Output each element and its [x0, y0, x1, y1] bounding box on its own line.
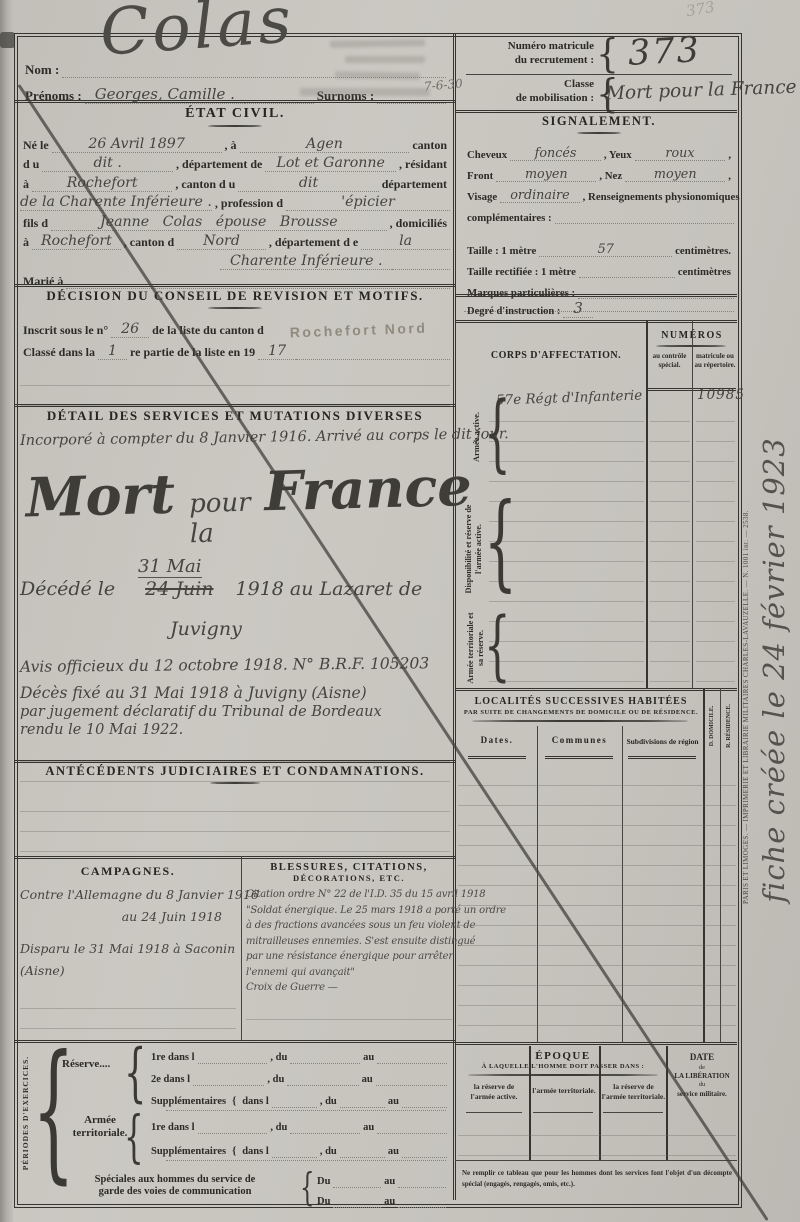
segment-h: roux	[635, 147, 726, 161]
brace-glyph: {	[484, 494, 517, 590]
segment-h: Jeanne Colas épouse Brousse	[51, 215, 387, 231]
epoque-body	[458, 1116, 736, 1160]
segment-hf: 26	[111, 322, 149, 338]
avis-line: Avis officieux du 12 octobre 1918. N° B.…	[20, 654, 450, 676]
segment-p: Inscrit sous le n°	[20, 324, 111, 338]
corps-top-rule	[455, 320, 737, 323]
segment-d	[296, 359, 450, 360]
segment-h: Nord	[177, 234, 266, 250]
segment-p: de la liste du canton d	[149, 324, 267, 338]
armee-active-label: Armée active.	[466, 394, 486, 480]
segment-p: à	[20, 178, 32, 192]
segment-p: , canton d	[121, 236, 177, 250]
blessures-title-line2: DÉCORATIONS, ETC.	[246, 873, 452, 883]
signalement-title: SIGNALEMENT.	[464, 114, 734, 129]
segment-h: 26 Avril 1897	[52, 137, 222, 153]
blessures-lines: Citation ordre N° 22 de l'I.D. 35 du 15 …	[246, 889, 452, 998]
classe-label: Classe de mobilisation :	[466, 78, 594, 106]
printer-imprint: PARIS ET LIMOGES. — IMPRIMERIE ET LIBRAI…	[740, 362, 751, 1052]
form-row: àRochefort, canton dNord, département d …	[20, 231, 450, 251]
brace-glyph: {	[300, 1170, 315, 1205]
corps-col-divider	[646, 320, 648, 688]
segment-h: dit	[238, 176, 378, 192]
brace-glyph: {	[596, 36, 619, 72]
segment-hf: 17	[258, 344, 296, 360]
segment-p: , Yeux	[601, 149, 635, 161]
filler	[245, 103, 314, 104]
segment-p: 1re dans l	[148, 1052, 198, 1064]
segment-d	[333, 1187, 381, 1188]
segment-p: à	[20, 236, 32, 250]
corps-subcol-divider	[692, 320, 693, 688]
segment-d	[198, 1063, 268, 1064]
epoque-flourish	[468, 1074, 658, 1076]
scan-mark-topleft	[0, 32, 15, 48]
mort-word: Mort	[25, 462, 176, 530]
deces-line3: rendu le 10 Mai 1922.	[20, 722, 450, 738]
surnoms-blank	[377, 103, 446, 104]
section-blessures: BLESSURES, CITATIONS, DÉCORATIONS, ETC. …	[246, 862, 452, 1030]
territoriale-reserve-label: Armée territoriale et sa réserve.	[463, 610, 489, 686]
text-line: à des fractions avancées sous un feu vio…	[246, 920, 452, 936]
form-row: Duau	[314, 1192, 446, 1208]
segment-h: Rochefort	[32, 176, 172, 192]
section-decision: DÉCISION DU CONSEIL DE REVISION ET MOTIF…	[20, 288, 450, 422]
epoque-header-underline	[603, 1112, 663, 1113]
text-line: au 24 Juin 1918	[20, 909, 236, 931]
date-word: DATE	[668, 1052, 736, 1064]
segment-d	[193, 1085, 264, 1086]
scanned-military-record: Colas Nom : Prénoms : Georges, Camille .…	[0, 0, 800, 1222]
segment-p: Taille rectifiée : 1 mètre	[464, 266, 579, 278]
segment-p: au	[360, 1052, 377, 1064]
segment-h: Lot et Garonne	[265, 156, 396, 172]
empty-ruled-area	[246, 1000, 452, 1030]
segment-p: au	[381, 1196, 398, 1208]
de-word: de	[668, 1064, 736, 1072]
disponibilite-label: Disponibilité et réserve de l'armée acti…	[461, 492, 487, 606]
speciales-label-line2: garde des voies de communication	[50, 1186, 300, 1198]
reserve-label: Réserve....	[62, 1058, 110, 1070]
section-rule	[14, 404, 455, 407]
corps-header: CORPS D'AFFECTATION.	[470, 350, 642, 361]
segment-d	[290, 1063, 360, 1064]
form-row: 2e dans l, duau	[148, 1068, 447, 1086]
communes-header: Communes	[537, 735, 622, 745]
matricule-bottom-rule	[455, 110, 737, 113]
campagnes-blessures-divider	[241, 856, 242, 1040]
segment-d	[579, 277, 675, 278]
segment-p: ,	[725, 149, 734, 161]
section-rule	[14, 1040, 455, 1043]
segment-d	[392, 269, 450, 270]
antecedents-title: ANTÉCÉDENTS JUDICIAIRES ET CONDAMNATIONS…	[20, 764, 450, 779]
deces-line1: Décès fixé au 31 Mai 1918 à Juvigny (Ais…	[20, 684, 450, 702]
segment-p: , domiciliés	[387, 217, 450, 231]
epoque-col3-header: la réserve de l'armée territoriale.	[601, 1082, 666, 1102]
segment-p: Taille : 1 mètre	[464, 245, 539, 257]
service-militaire-word: service militaire.	[668, 1090, 736, 1099]
segment-p: , résidant	[396, 158, 450, 172]
text-line: (Aisne)	[20, 963, 236, 985]
controle-subheader: au contrôle spécial.	[648, 352, 691, 371]
segment-d	[290, 1133, 360, 1134]
scan-edge-left	[0, 0, 13, 1222]
header-underline	[545, 756, 613, 759]
form-row: de la Charente Inférieure ., profession …	[20, 192, 450, 212]
corps-ruled-col2	[650, 402, 690, 686]
corner-pencil-number: 373	[685, 0, 716, 20]
segment-p: , à	[222, 139, 240, 153]
segment-h: moyen	[496, 168, 596, 182]
form-row: Cheveuxfoncés, Yeuxroux,	[464, 140, 734, 161]
mort-pour-la-france: Mort pour la France	[25, 454, 451, 553]
continuation-line	[166, 1144, 446, 1161]
pour-la-words: pour la	[189, 488, 252, 550]
form-row: Classé dans la1re partie de la liste en …	[20, 338, 450, 360]
localites-body	[458, 766, 736, 1040]
form-row: d udit ., département deLot et Garonne, …	[20, 153, 450, 173]
liberation-word: LA LIBÉRATION	[668, 1072, 736, 1081]
liberation-date-header: DATE de LA LIBÉRATION du service militai…	[668, 1052, 736, 1099]
localites-title: LOCALITÉS SUCCESSIVES HABITÉES	[460, 696, 702, 707]
segment-p: département	[379, 178, 450, 192]
segment-p: canton	[409, 139, 450, 153]
etat-civil-title: ÉTAT CIVIL.	[20, 106, 450, 122]
text-line: par une résistance énergique pour arrête…	[246, 951, 452, 967]
form-row: Né le26 Avril 1897, àAgencanton	[20, 133, 450, 153]
form-row: Duau	[314, 1172, 446, 1188]
segment-p: Du	[314, 1176, 333, 1188]
margin-handwritten-note: fiche créée le 24 février 1923	[752, 255, 796, 1085]
title-flourish	[208, 125, 262, 127]
etat-civil-rows: Né le26 Avril 1897, àAgencanton d udit .…	[20, 133, 450, 289]
segment-p: Du	[314, 1196, 333, 1208]
empty-ruled-area	[20, 792, 450, 854]
segment-hf: 1	[98, 344, 127, 360]
segment-p: d u	[20, 158, 42, 172]
decede-suffix: 1918 au Lazaret de	[236, 578, 423, 600]
localites-flourish	[472, 720, 688, 722]
segment-p: , du	[267, 1052, 290, 1064]
title-flourish	[210, 782, 260, 784]
segment-p: , profession d	[212, 197, 286, 211]
segment-d	[333, 1207, 381, 1208]
segment-d	[377, 1133, 447, 1134]
continuation-line	[166, 1094, 446, 1111]
decision-title: DÉCISION DU CONSEIL DE REVISION ET MOTIF…	[20, 288, 450, 304]
services-line-incorpore: Incorporé à compter du 8 Janvier 1916. A…	[20, 427, 450, 449]
form-row: Inscrit sous le n°26de la liste du canto…	[20, 316, 450, 338]
localites-top-rule	[455, 688, 737, 691]
signalement-bottom-rule	[455, 294, 737, 297]
segment-hf: Charente Inférieure .	[220, 254, 392, 270]
localites-bottom-rule	[455, 1042, 737, 1045]
form-row: fils dJeanne Colas épouse Brousse, domic…	[20, 211, 450, 231]
form-row: 1re dans l, duau	[148, 1046, 447, 1064]
segment-hf: ordinaire	[500, 189, 579, 203]
text-line: mitrailleuses ennemies. S'est ensuite di…	[246, 936, 452, 952]
corps-entry-number: 10985	[697, 387, 745, 403]
form-row: Taille : 1 mètre57centimètres.	[464, 236, 734, 257]
form-row: Charente Inférieure .	[20, 250, 450, 270]
decede-place: Juvigny	[170, 618, 450, 640]
section-rule	[14, 760, 455, 763]
text-line: "Soldat énergique. Le 25 mars 1918 a por…	[246, 905, 452, 921]
domicile-vertical-label: D. DOMICILE.	[705, 692, 719, 760]
decede-correction: 31 Mai	[138, 556, 202, 578]
campagnes-title: CAMPAGNES.	[20, 864, 236, 879]
segment-d	[398, 1207, 446, 1208]
text-line: Contre l'Allemagne du 8 Janvier 1916	[20, 887, 236, 909]
segment-p: 2e dans l	[148, 1074, 193, 1086]
brace-glyph: {	[124, 1112, 144, 1164]
segment-p: ,	[725, 170, 734, 182]
brace-glyph: {	[124, 1044, 146, 1103]
segment-p: Classé dans la	[20, 346, 98, 360]
matricule-label-line2: du recrutement :	[466, 54, 594, 68]
text-line: l'ennemi qui avançait"	[246, 967, 452, 983]
segment-p: au	[381, 1176, 398, 1188]
text-line: Citation ordre N° 22 de l'I.D. 35 du 15 …	[246, 889, 452, 905]
matricule-label-line1: Numéro matricule	[466, 40, 594, 54]
france-word: France	[264, 454, 473, 523]
form-row: 1re dans l, duau	[148, 1116, 447, 1134]
section-signalement: SIGNALEMENT. Cheveuxfoncés, Yeuxroux, Fr…	[464, 114, 734, 312]
form-row: complémentaires :	[464, 203, 734, 224]
campagnes-lines: Contre l'Allemagne du 8 Janvier 1916au 2…	[20, 887, 236, 985]
header-bottom-rule	[14, 100, 455, 103]
epoque-bottom-rule	[455, 1160, 737, 1161]
blessures-title-line1: BLESSURES, CITATIONS,	[246, 862, 452, 873]
decede-prefix: Décédé le	[20, 578, 115, 600]
title-flourish	[208, 307, 262, 309]
epoque-header-underline	[533, 1112, 593, 1113]
segment-d	[376, 1085, 447, 1086]
epoque-subtitle: À LAQUELLE L'HOMME DOIT PASSER DANS :	[460, 1063, 666, 1070]
section-rule	[14, 284, 455, 287]
matricule-subheader: matricule ou au répertoire.	[694, 352, 736, 371]
classe-label-line2: de mobilisation :	[466, 92, 594, 106]
column-divider	[453, 33, 456, 1200]
matricule-label: Numéro matricule du recrutement :	[466, 40, 594, 68]
segment-p: fils d	[20, 217, 51, 231]
text-line: Disparu le 31 Mai 1918 à Saconin	[20, 941, 236, 963]
segment-p: , département d e	[266, 236, 361, 250]
segment-h: 57	[539, 243, 672, 257]
epoque-col1-header: la réserve de l'armée active.	[461, 1082, 527, 1102]
segment-d	[398, 1187, 446, 1188]
decede-row: 31 Mai Décédé le 24 Juin 1918 au Lazaret…	[20, 578, 450, 612]
degre-label: Degré d'instruction :	[464, 306, 563, 318]
form-row: Taille rectifiée : 1 mètrecentimètres	[464, 257, 734, 278]
segment-p: Front	[464, 170, 496, 182]
form-row: Frontmoyen, Nezmoyen,	[464, 161, 734, 182]
segment-h: 'épicier	[286, 195, 450, 211]
speciales-label-line1: Spéciales aux hommes du service de	[50, 1174, 300, 1186]
dates-header: Dates.	[459, 735, 535, 745]
segment-h: dit .	[42, 156, 173, 172]
header-underline	[468, 756, 526, 759]
segment-d	[198, 1133, 268, 1134]
text-line: Croix de Guerre —	[246, 982, 452, 998]
nom-label: Nom :	[22, 63, 62, 78]
segment-d	[555, 223, 734, 224]
segment-p: , canton d u	[172, 178, 238, 192]
segment-p: Cheveux	[464, 149, 510, 161]
segment-p: , Renseignements physionomiques	[580, 191, 743, 203]
segment-d	[287, 1085, 358, 1086]
epoque-col2-header: l'armée territoriale.	[531, 1086, 597, 1096]
segment-h: Rochefort	[32, 234, 121, 250]
segment-p: au	[360, 1122, 377, 1134]
epoque-note: Ne remplir ce tableau que pour les homme…	[462, 1168, 732, 1189]
subdivisions-header: Subdivisions de région	[622, 737, 703, 746]
segment-h: de la Charente Inférieure .	[20, 195, 212, 211]
segment-p: 1re dans l	[148, 1122, 198, 1134]
section-etat-civil: ÉTAT CIVIL. Né le26 Avril 1897, àAgencan…	[20, 106, 450, 289]
segment-p: , département de	[173, 158, 265, 172]
segment-p: Visage	[464, 191, 500, 203]
segment-h: foncés	[510, 147, 601, 161]
matricule-number: 373	[627, 30, 702, 74]
segment-p: au	[359, 1074, 376, 1086]
segment-p: centimètres.	[672, 245, 734, 257]
section-antecedents: ANTÉCÉDENTS JUDICIAIRES ET CONDAMNATIONS…	[20, 764, 450, 854]
decede-struck-date: 24 Juin	[145, 578, 213, 600]
form-row: Visageordinaire, Renseignements physiono…	[464, 182, 734, 203]
degre-row: Degré d'instruction : 3	[464, 298, 664, 318]
corps-ruled-col3	[696, 402, 735, 686]
deces-line2: par jugement déclaratif du Tribunal de B…	[20, 704, 450, 720]
segment-h: Agen	[240, 137, 410, 153]
section-services: DÉTAIL DES SERVICES ET MUTATIONS DIVERSE…	[20, 408, 450, 790]
localites-subtitle: PAR SUITE DE CHANGEMENTS DE DOMICILE OU …	[460, 709, 702, 716]
segment-p: , Nez	[596, 170, 625, 182]
title-flourish	[577, 132, 621, 134]
section-campagnes: CAMPAGNES. Contre l'Allemagne du 8 Janvi…	[20, 864, 236, 1047]
segment-p: centimètres	[675, 266, 734, 278]
segment-p: complémentaires :	[464, 212, 555, 224]
segment-p: Né le	[20, 139, 52, 153]
epoque-title: ÉPOQUE	[460, 1050, 666, 1062]
segment-d	[377, 1063, 447, 1064]
segment-h: la	[361, 234, 450, 250]
segment-p: , du	[267, 1122, 290, 1134]
numeros-flourish	[656, 345, 726, 347]
segment-p: , du	[264, 1074, 287, 1086]
speciales-label: Spéciales aux hommes du service de garde…	[50, 1174, 300, 1198]
degre-value: 3	[563, 301, 593, 318]
section-rule	[14, 856, 455, 859]
epoque-header-underline	[466, 1112, 522, 1113]
brace-glyph: {	[484, 394, 511, 471]
header-underline	[628, 756, 696, 759]
residence-vertical-label: R. RÉSIDENCE.	[722, 692, 736, 760]
classe-label-line1: Classe	[466, 78, 594, 92]
segment-h: moyen	[625, 168, 725, 182]
